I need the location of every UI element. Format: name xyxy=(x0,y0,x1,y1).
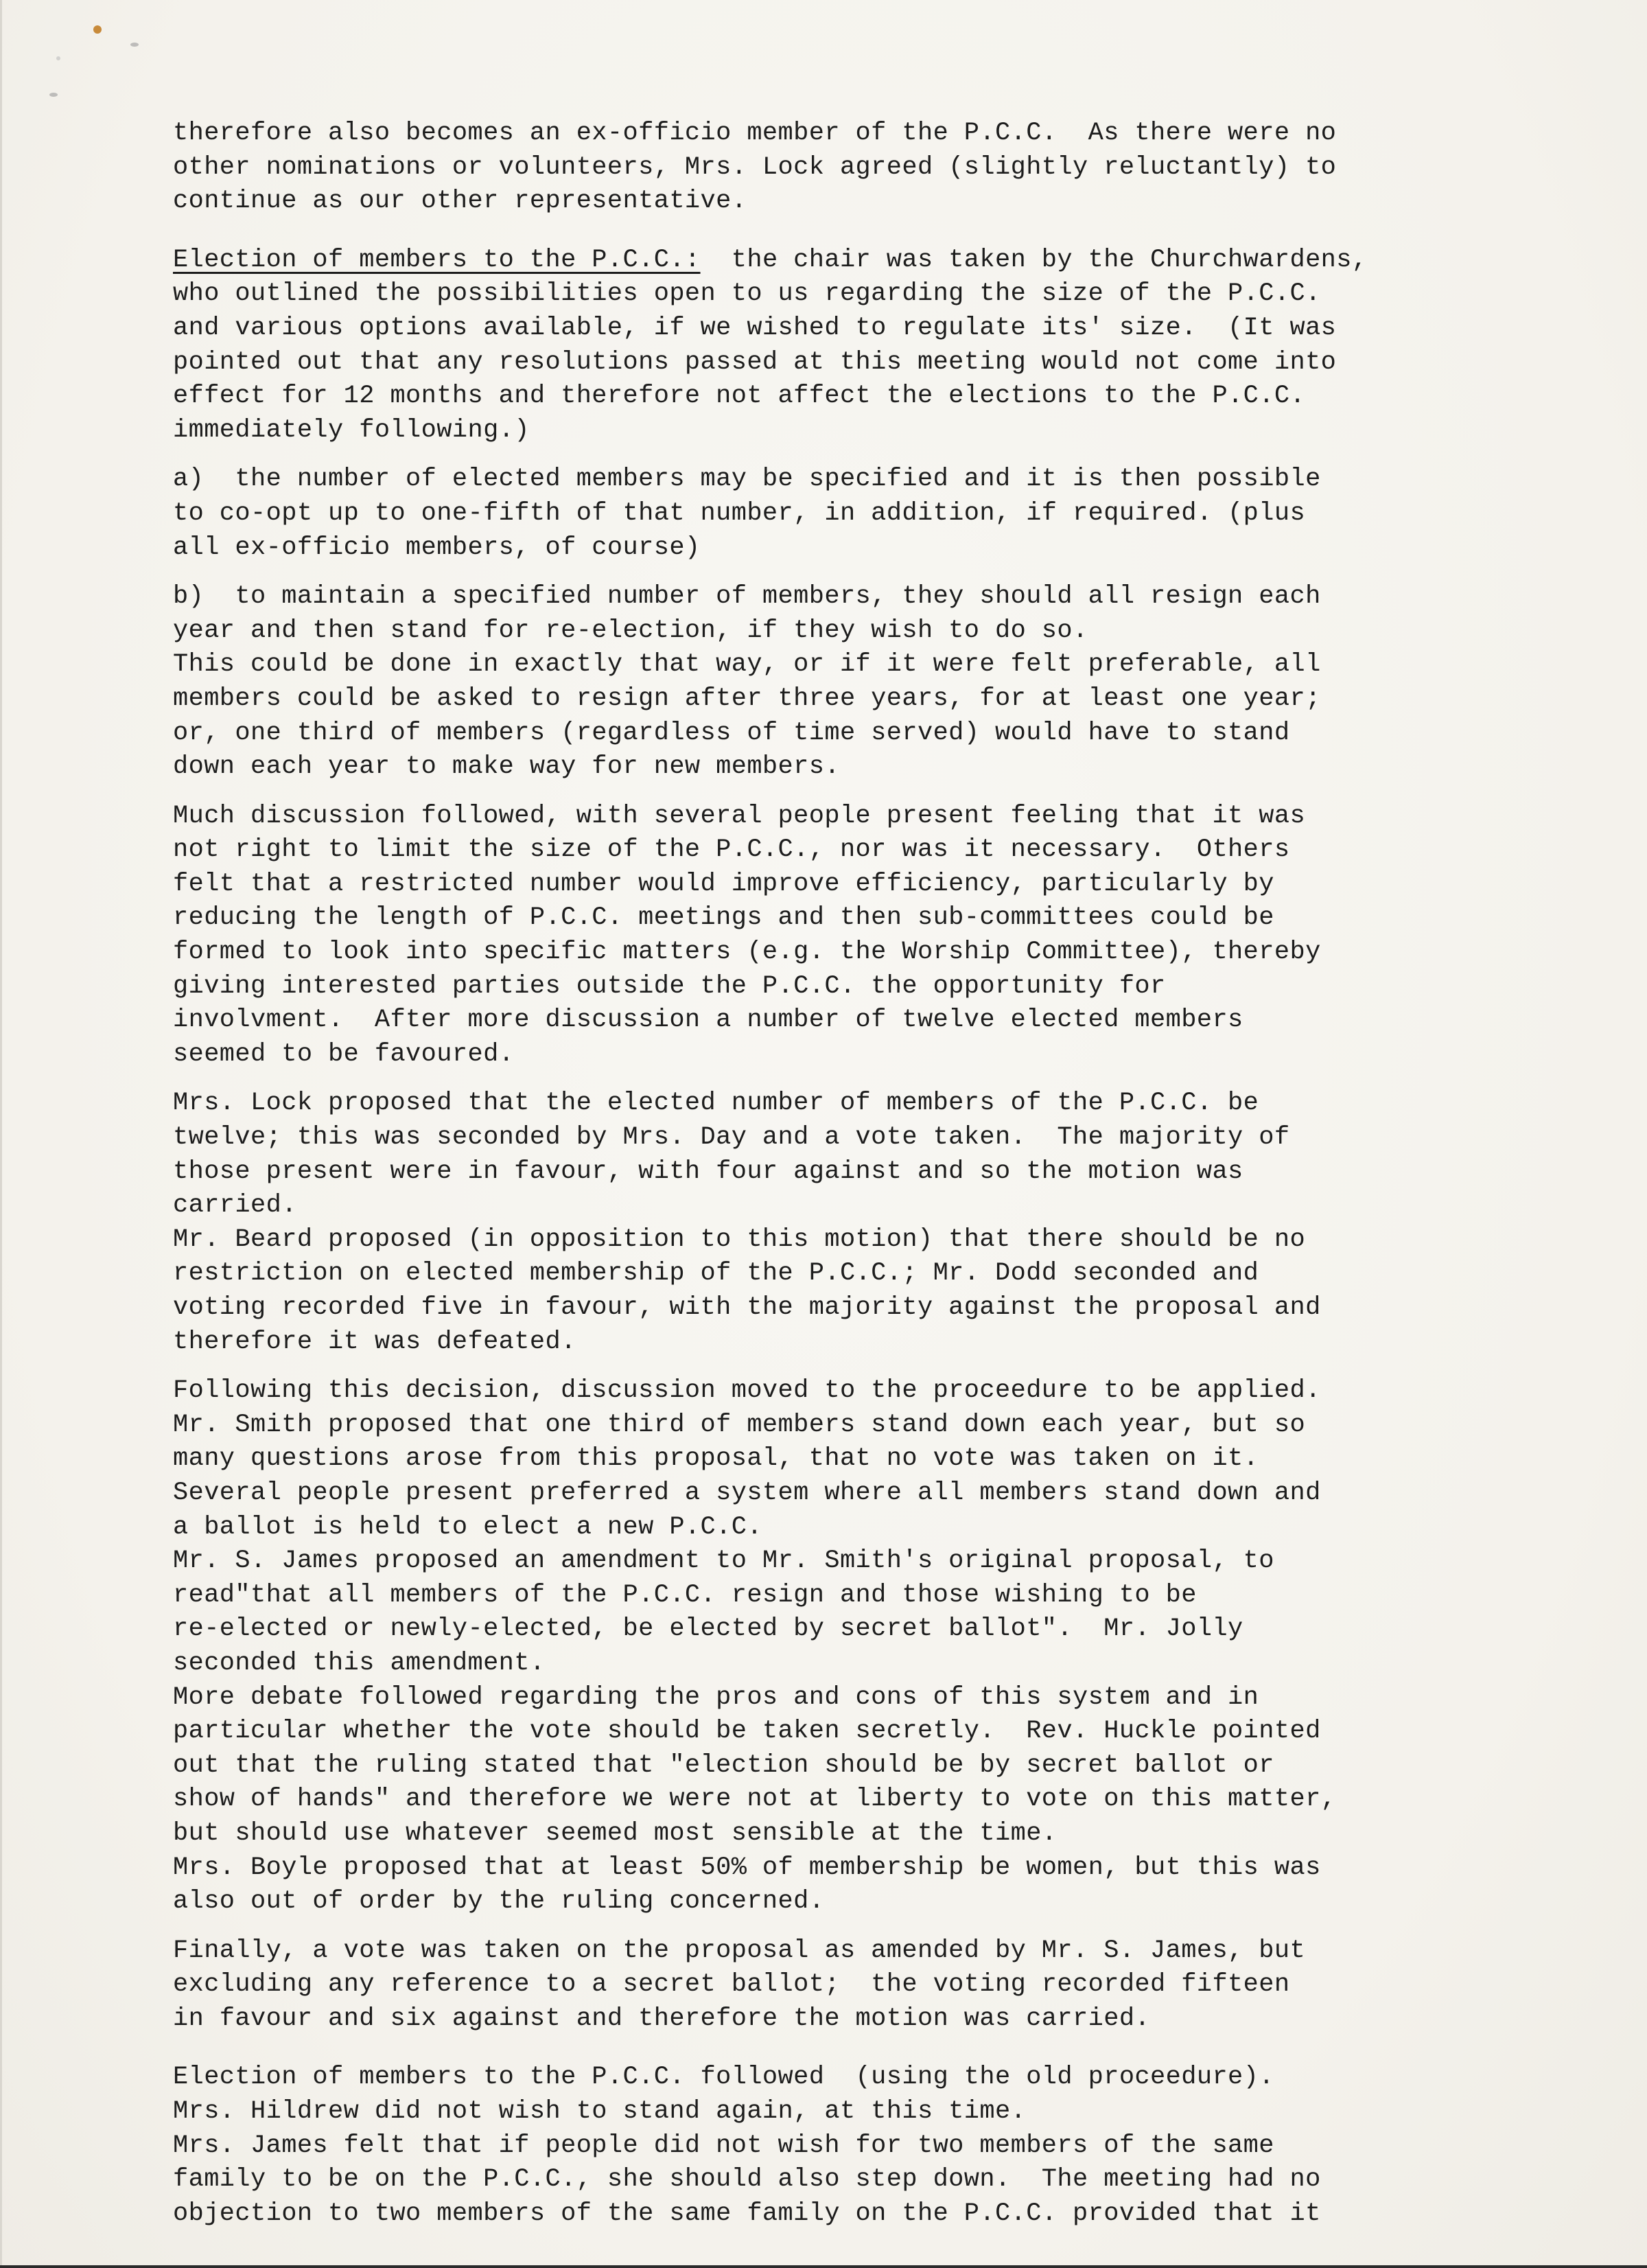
text-line: voting recorded five in favour, with the… xyxy=(173,1291,1580,1326)
text-line: felt that a restricted number would impr… xyxy=(173,868,1580,902)
page-left-edge xyxy=(0,0,2,2268)
text-line: Mrs. James felt that if people did not w… xyxy=(173,2129,1580,2164)
staple-hole-mark xyxy=(130,43,139,47)
text-line: Election of members to the P.C.C. follow… xyxy=(173,2061,1580,2095)
rust-spot-mark xyxy=(93,25,102,34)
text-line: twelve; this was seconded by Mrs. Day an… xyxy=(173,1121,1580,1155)
text-line: Election of members to the P.C.C.: the c… xyxy=(173,244,1580,278)
paragraph-option-b: b) to maintain a specified number of mem… xyxy=(173,580,1580,785)
text-line: Mrs. Hildrew did not wish to stand again… xyxy=(173,2095,1580,2129)
paper-speck-mark xyxy=(56,56,60,60)
text-line: Mrs. Boyle proposed that at least 50% of… xyxy=(173,1851,1580,1886)
text-line: seconded this amendment. xyxy=(173,1647,1580,1681)
text-line: restriction on elected membership of the… xyxy=(173,1257,1580,1291)
text-line: in favour and six against and therefore … xyxy=(173,2002,1580,2037)
text-line: particular whether the vote should be ta… xyxy=(173,1715,1580,1749)
paragraph-discussion: Much discussion followed, with several p… xyxy=(173,800,1580,1072)
text-line: reducing the length of P.C.C. meetings a… xyxy=(173,901,1580,936)
text-line: therefore also becomes an ex-officio mem… xyxy=(173,117,1580,151)
text-line: who outlined the possibilities open to u… xyxy=(173,277,1580,312)
text-line: immediately following.) xyxy=(173,414,1580,448)
text-line: a) the number of elected members may be … xyxy=(173,463,1580,497)
paragraph-final-vote: Finally, a vote was taken on the proposa… xyxy=(173,1934,1580,2037)
page-bottom-edge xyxy=(0,2265,1647,2268)
text-line: out that the ruling stated that "electio… xyxy=(173,1749,1580,1783)
text-line: excluding any reference to a secret ball… xyxy=(173,1968,1580,2002)
text-line: other nominations or volunteers, Mrs. Lo… xyxy=(173,151,1580,185)
text-line: effect for 12 months and therefore not a… xyxy=(173,380,1580,414)
text-line: involvment. After more discussion a numb… xyxy=(173,1004,1580,1038)
text-line: giving interested parties outside the P.… xyxy=(173,970,1580,1004)
text-line: those present were in favour, with four … xyxy=(173,1155,1580,1190)
text-line: Mrs. Lock proposed that the elected numb… xyxy=(173,1087,1580,1121)
text-line: Much discussion followed, with several p… xyxy=(173,800,1580,834)
text-line: This could be done in exactly that way, … xyxy=(173,648,1580,682)
text-line: a ballot is held to elect a new P.C.C. xyxy=(173,1511,1580,1545)
paragraph-procedure: Following this decision, discussion move… xyxy=(173,1374,1580,1919)
text-line: carried. xyxy=(173,1189,1580,1223)
typed-minutes-text: therefore also becomes an ex-officio mem… xyxy=(173,117,1580,2231)
text-line: b) to maintain a specified number of mem… xyxy=(173,580,1580,614)
text-line: also out of order by the ruling concerne… xyxy=(173,1885,1580,1919)
text-line: many questions arose from this proposal,… xyxy=(173,1442,1580,1477)
text-line: re-elected or newly-elected, be elected … xyxy=(173,1612,1580,1647)
paragraph-option-a: a) the number of elected members may be … xyxy=(173,463,1580,565)
text-line: Mr. Beard proposed (in opposition to thi… xyxy=(173,1223,1580,1258)
text-line: members could be asked to resign after t… xyxy=(173,682,1580,717)
heading-continuation: the chair was taken by the Churchwardens… xyxy=(701,246,1368,275)
text-line: read"that all members of the P.C.C. resi… xyxy=(173,1579,1580,1613)
paragraph-intro: therefore also becomes an ex-officio mem… xyxy=(173,117,1580,219)
text-line: or, one third of members (regardless of … xyxy=(173,717,1580,751)
text-line: objection to two members of the same fam… xyxy=(173,2197,1580,2232)
text-line: Several people present preferred a syste… xyxy=(173,1477,1580,1511)
text-line: Mr. S. James proposed an amendment to Mr… xyxy=(173,1544,1580,1579)
paragraph-size-votes: Mrs. Lock proposed that the elected numb… xyxy=(173,1087,1580,1359)
text-line: to co-opt up to one-fifth of that number… xyxy=(173,497,1580,531)
text-line: therefore it was defeated. xyxy=(173,1326,1580,1360)
text-line: year and then stand for re-election, if … xyxy=(173,614,1580,649)
text-line: seemed to be favoured. xyxy=(173,1038,1580,1072)
text-line: and various options available, if we wis… xyxy=(173,312,1580,346)
text-line: family to be on the P.C.C., she should a… xyxy=(173,2163,1580,2197)
text-line: show of hands" and therefore we were not… xyxy=(173,1783,1580,1817)
text-line: Following this decision, discussion move… xyxy=(173,1374,1580,1409)
text-line: Finally, a vote was taken on the proposa… xyxy=(173,1934,1580,1969)
paper-page: therefore also becomes an ex-officio mem… xyxy=(0,0,1647,2268)
text-line: down each year to make way for new membe… xyxy=(173,750,1580,785)
text-line: not right to limit the size of the P.C.C… xyxy=(173,833,1580,868)
text-line: More debate followed regarding the pros … xyxy=(173,1681,1580,1715)
text-line: Mr. Smith proposed that one third of mem… xyxy=(173,1409,1580,1443)
text-line: continue as our other representative. xyxy=(173,185,1580,219)
text-line: formed to look into specific matters (e.… xyxy=(173,936,1580,970)
staple-hole-mark xyxy=(49,93,58,97)
text-line: all ex-officio members, of course) xyxy=(173,531,1580,566)
text-line: pointed out that any resolutions passed … xyxy=(173,346,1580,380)
paragraph-election-followed: Election of members to the P.C.C. follow… xyxy=(173,2061,1580,2231)
section-heading: Election of members to the P.C.C.: xyxy=(173,246,701,275)
text-line: but should use whatever seemed most sens… xyxy=(173,1817,1580,1851)
paragraph-election-of-members: Election of members to the P.C.C.: the c… xyxy=(173,244,1580,448)
